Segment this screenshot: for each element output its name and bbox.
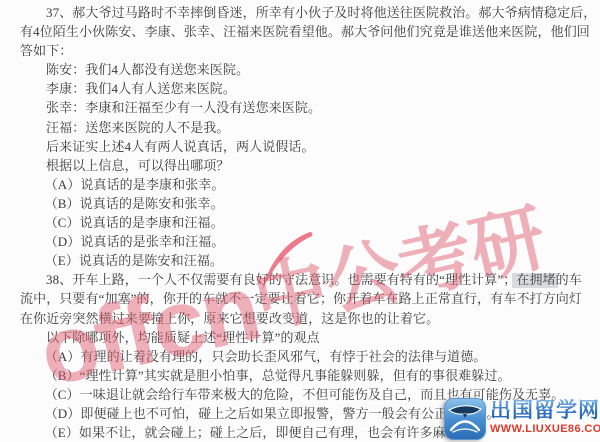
q37-option-d: （D）说真话的是张幸和汪福。 xyxy=(20,232,584,251)
q37-stem-line: 答如下： xyxy=(20,41,584,60)
q37-option-b: （B）说真话的是陈安和张幸。 xyxy=(20,194,584,213)
q37-option-c: （C）说真话的是李康和汪福。 xyxy=(20,213,584,232)
liuxue86-bird-icon xyxy=(444,398,486,440)
liuxue86-logo: 出国留学网 WWW.LIUXUE86.COM xyxy=(444,398,600,442)
q37-statement-chenan: 陈安：我们4人都没有送您来医院。 xyxy=(20,60,584,79)
q37-question: 根据以上信息，可以得出哪项？ xyxy=(20,156,584,175)
question-37: 37、郝大爷过马路时不幸摔倒昏迷，所幸有小伙子及时将他送往医院救治。郝大爷病情稳… xyxy=(20,3,584,270)
q37-fact: 后来证实上述4人有两人说真话，两人说假话。 xyxy=(20,137,584,156)
q38-option-b: （B）“理性计算”其实就是胆小怕事，总觉得凡事能躲则躲，但有的事很难躲过。 xyxy=(20,366,584,385)
site-url: WWW.LIUXUE86.COM xyxy=(490,423,600,436)
q37-statement-likang: 李康：我们4人有人送您来医院。 xyxy=(20,79,584,98)
q38-stem-line: 流中，只要有“加塞”的，你开的车就不一定要让着它；你开着车在路上正常直行，有车不… xyxy=(20,289,584,308)
site-name: 出国留学网 xyxy=(490,398,600,423)
q37-option-a: （A）说真话的是李康和张幸。 xyxy=(20,175,584,194)
q37-option-e: （E）说真话的是陈安和汪福。 xyxy=(20,251,584,270)
q38-stem-line: 在你近旁突然横过来要撞上你，原来它想要改变道，这是你也的让着它。 xyxy=(20,309,584,328)
q38-question: 以下除哪项外，均能质疑上述“理性计算”的观点 xyxy=(20,328,584,347)
q38-option-a: （A）有理的让着没有理的，只会助长歪风邪气，有悖于社会的法律与道德。 xyxy=(20,347,584,366)
q38-stem-line: 38、开车上路，一个人不仅需要有良好的守法意识。也需要有特有的“理性计算”；在拥… xyxy=(20,270,584,289)
exam-document: 37、郝大爷过马路时不幸摔倒昏迷，所幸有小伙子及时将他送往医院救治。郝大爷病情稳… xyxy=(0,0,600,442)
q37-statement-wangfu: 汪福：送您来医院的人不是我。 xyxy=(20,118,584,137)
q37-stem-line: 37、郝大爷过马路时不幸摔倒昏迷，所幸有小伙子及时将他送往医院救治。郝大爷病情稳… xyxy=(20,3,584,22)
q37-stem-line: 有4位陌生小伙陈安、李康、张幸、汪福来医院看望他。郝大爷问他们究竟是谁送他来医院… xyxy=(20,22,584,41)
q37-statement-zhangxing: 张幸：李康和汪福至少有一人没有送您来医院。 xyxy=(20,98,584,117)
